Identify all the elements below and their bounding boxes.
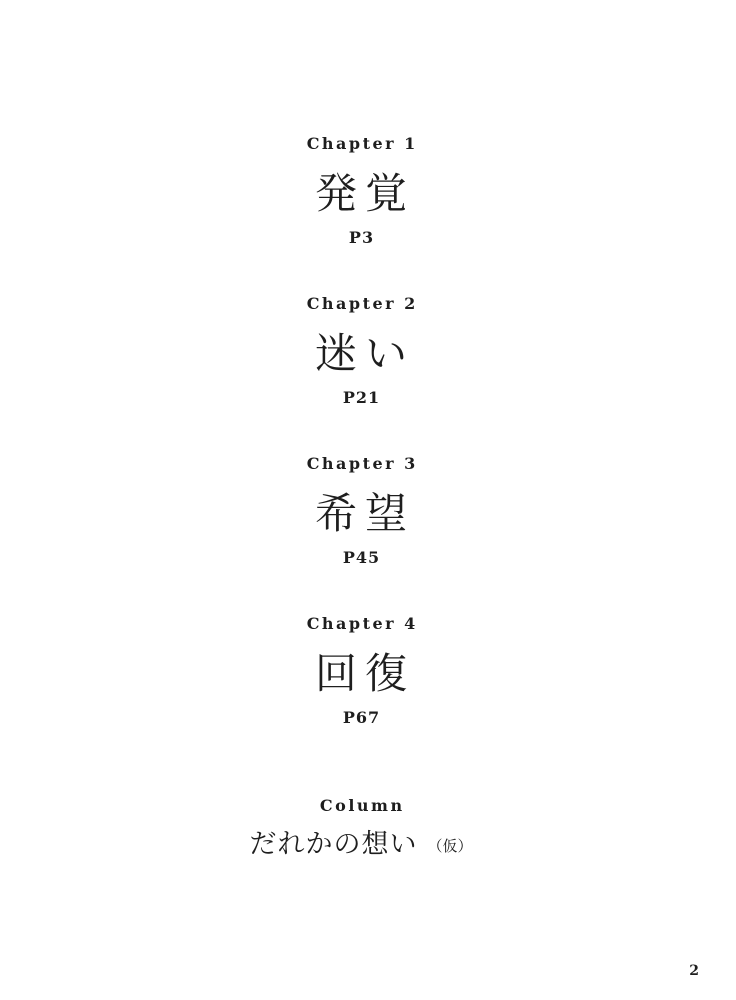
toc-page: Chapter 1 発覚 P3 Chapter 2 迷い P21 Chapter… bbox=[0, 0, 736, 1000]
chapter-title: 迷い bbox=[0, 330, 722, 378]
chapter-page-number: P3 bbox=[0, 230, 722, 246]
chapter-title: 発覚 bbox=[0, 170, 722, 218]
chapter-page-number: P67 bbox=[0, 710, 722, 726]
chapter-page-number: P21 bbox=[0, 390, 722, 406]
toc-entry: Chapter 4 回復 P67 bbox=[0, 615, 722, 726]
toc-entry: Chapter 3 希望 P45 bbox=[0, 455, 722, 566]
chapter-title: 回復 bbox=[0, 650, 722, 698]
chapter-label: Chapter 1 bbox=[0, 135, 722, 152]
toc-entry: Chapter 1 発覚 P3 bbox=[0, 135, 722, 246]
column-label: Column bbox=[0, 797, 722, 814]
column-title: だれかの想い（仮） bbox=[0, 828, 722, 863]
chapter-title: 希望 bbox=[0, 490, 722, 538]
column-title-suffix: （仮） bbox=[427, 837, 472, 855]
toc-column-entry: Column だれかの想い（仮） bbox=[0, 797, 722, 863]
toc-entry: Chapter 2 迷い P21 bbox=[0, 295, 722, 406]
toc-list: Chapter 1 発覚 P3 Chapter 2 迷い P21 Chapter… bbox=[0, 0, 736, 863]
chapter-page-number: P45 bbox=[0, 550, 722, 566]
page-number: 2 bbox=[689, 964, 699, 978]
chapter-label: Chapter 2 bbox=[0, 295, 722, 312]
chapter-label: Chapter 4 bbox=[0, 615, 722, 632]
chapter-label: Chapter 3 bbox=[0, 455, 722, 472]
